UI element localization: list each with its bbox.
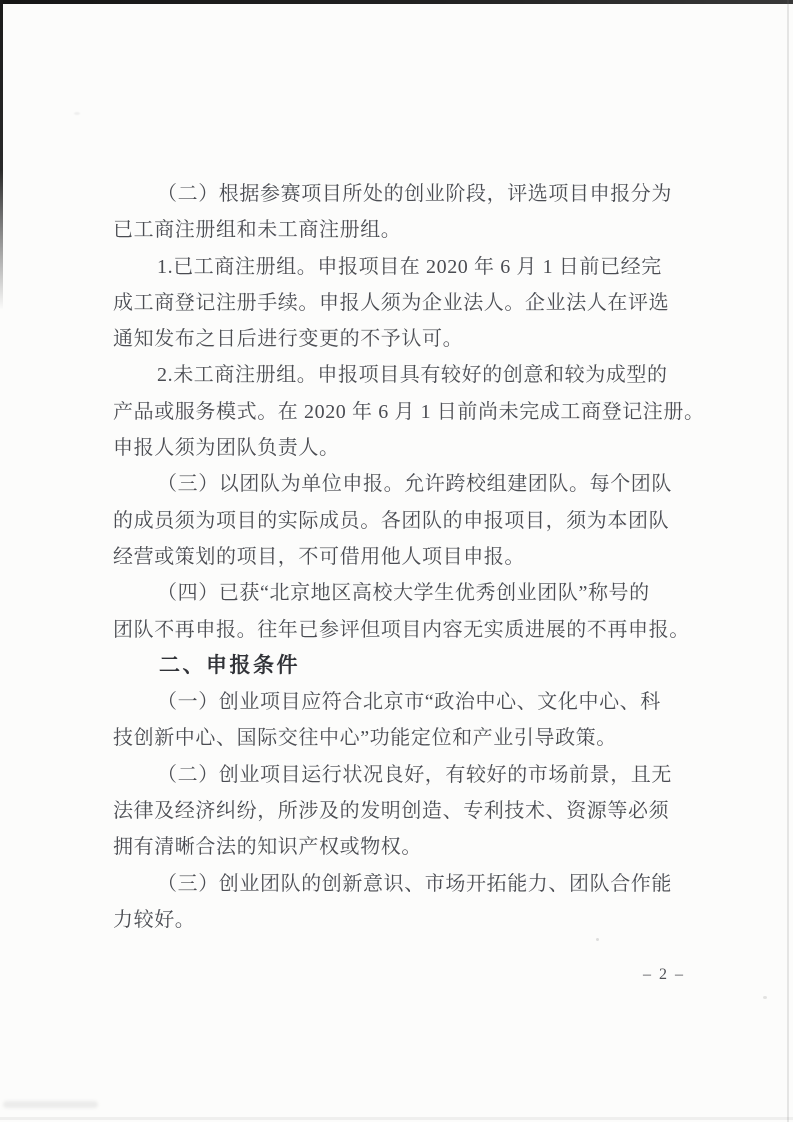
doc-line: 2.未工商注册组。申报项目具有较好的创意和较为成型的: [113, 357, 713, 393]
doc-line: 1.已工商注册组。申报项目在 2020 年 6 月 1 日前已经完: [113, 249, 713, 285]
doc-line: 成工商登记注册手续。申报人须为企业法人。企业法人在评选: [113, 285, 713, 321]
document-body: （二）根据参赛项目所处的创业阶段，评选项目申报分为 已工商注册组和未工商注册组。…: [113, 176, 713, 938]
scan-speck: [74, 112, 80, 115]
doc-line: 法律及经济纠纷，所涉及的发明创造、专利技术、资源等必须: [113, 793, 713, 829]
doc-line: 技创新中心、国际交往中心”功能定位和产业引导政策。: [113, 720, 713, 756]
doc-line: （三）创业团队的创新意识、市场开拓能力、团队合作能: [113, 866, 713, 902]
scanned-document-page: （二）根据参赛项目所处的创业阶段，评选项目申报分为 已工商注册组和未工商注册组。…: [0, 0, 793, 1122]
section-heading: 二、申报条件: [113, 648, 713, 684]
scan-edge-left: [0, 0, 3, 310]
doc-line: 经营或策划的项目，不可借用他人项目申报。: [113, 539, 713, 575]
page-number: – 2 –: [626, 966, 702, 984]
doc-line: （四）已获“北京地区高校大学生优秀创业团队”称号的: [113, 575, 713, 611]
scan-edge-right: [787, 0, 789, 1122]
doc-line: 通知发布之日后进行变更的不予认可。: [113, 321, 713, 357]
doc-line: （一）创业项目应符合北京市“政治中心、文化中心、科: [113, 684, 713, 720]
doc-line: 力较好。: [113, 902, 713, 938]
scan-speck: [763, 996, 767, 999]
doc-line: 拥有清晰合法的知识产权或物权。: [113, 829, 713, 865]
doc-line: 已工商注册组和未工商注册组。: [113, 212, 713, 248]
doc-line: 申报人须为团队负责人。: [113, 430, 713, 466]
doc-line: （二）根据参赛项目所处的创业阶段，评选项目申报分为: [113, 176, 713, 212]
scan-edge-top: [0, 0, 793, 4]
doc-line: （三）以团队为单位申报。允许跨校组建团队。每个团队: [113, 466, 713, 502]
doc-line: （二）创业项目运行状况良好，有较好的市场前景，且无: [113, 757, 713, 793]
scan-smudge: [3, 1101, 98, 1108]
doc-line: 产品或服务模式。在 2020 年 6 月 1 日前尚未完成工商登记注册。: [113, 394, 713, 430]
scan-edge-bottom: [0, 1117, 793, 1120]
scan-speck: [596, 938, 599, 941]
doc-line: 团队不再申报。往年已参评但项目内容无实质进展的不再申报。: [113, 612, 713, 648]
doc-line: 的成员须为项目的实际成员。各团队的申报项目，须为本团队: [113, 503, 713, 539]
